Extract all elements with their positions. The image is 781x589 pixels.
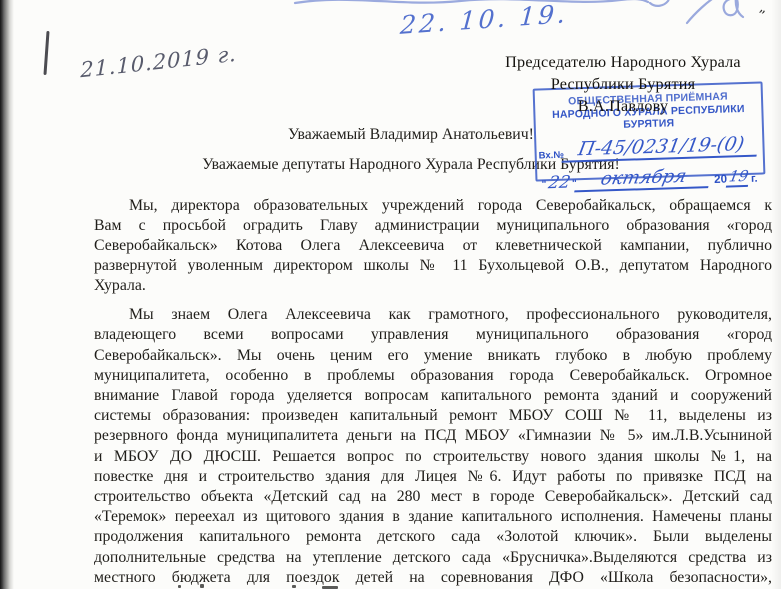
recipient-line-1: Председателю Народного Хурала: [478, 51, 768, 73]
text-line: Северобайкальск» Котова Олега Алексеевич…: [94, 236, 772, 256]
paragraph-2: Мы знаем Олега Алексеевича как грамотног…: [94, 305, 772, 588]
text-line: Мы, директора образовательных учреждений…: [94, 196, 772, 216]
text-line: владеющего всеми вопросами управления му…: [94, 325, 772, 345]
text-line: Хурала.: [94, 276, 772, 296]
stamp-year-suffix: г.: [750, 173, 758, 187]
text-line: местного бюджета для поездок детей на со…: [94, 568, 772, 588]
scan-left-edge: [0, 0, 14, 589]
text-line: Северобайкальск». Мы очень ценим его уме…: [94, 346, 772, 366]
letter-body: Уважаемый Владимир Анатольевич! Уважаемы…: [94, 125, 772, 588]
text-line: резервного фонда муниципалитета деньги н…: [94, 426, 772, 446]
text-line: дополнительные средства на утепление дет…: [94, 548, 772, 568]
stamp-reg-label: Вх.№: [539, 150, 565, 164]
scanned-letter-page: 22. 10. 19. 21.10.2019 г. ” Председателю…: [0, 0, 781, 589]
text-line: Мы знаем Олега Алексеевича как грамотног…: [94, 305, 772, 325]
text-line: развернутой уволенным директором школы №…: [94, 256, 772, 276]
text-line: повестке дня и строительство здания для …: [94, 467, 772, 487]
text-line: Вам с просьбой оградить Главу администра…: [94, 216, 772, 236]
handwritten-date-left: 21.10.2019 г.: [80, 42, 236, 83]
stamp-year-handwritten: 19: [726, 168, 751, 188]
recipient-line-3: В.А.Павлову: [478, 95, 768, 117]
text-line: системы образования: произведен капиталь…: [94, 406, 772, 426]
stamp-reg-number-handwritten: П-45/0231/19-(0): [562, 133, 761, 162]
stamp-registration-row: Вх.№ П-45/0231/19-(0): [538, 128, 759, 164]
recipient-line-2: Республики Бурятия: [478, 73, 768, 95]
text-line: строительство объекта «Детский сад на 28…: [94, 487, 772, 507]
paragraph-1: Мы, директора образовательных учреждений…: [94, 196, 772, 297]
text-line: «Теремок» переехал из щитового здания в …: [94, 507, 772, 527]
text-line: внимание Главой города уделяется вопроса…: [94, 386, 772, 406]
text-line: муниципалитета, особенно в проблемы обра…: [94, 366, 772, 386]
stamp-date-day-handwritten: 22: [545, 172, 574, 193]
recipient-block: Председателю Народного Хурала Республики…: [478, 51, 768, 117]
pen-tick-mark: [43, 31, 49, 75]
text-line: и МБОУ ДО ДЮСШ. Решается вопрос по строи…: [94, 447, 772, 467]
stamp-date-month-handwritten: октября: [574, 166, 712, 192]
scan-right-edge: [771, 0, 781, 589]
text-line: продолжения капитального ремонта детског…: [94, 527, 772, 547]
